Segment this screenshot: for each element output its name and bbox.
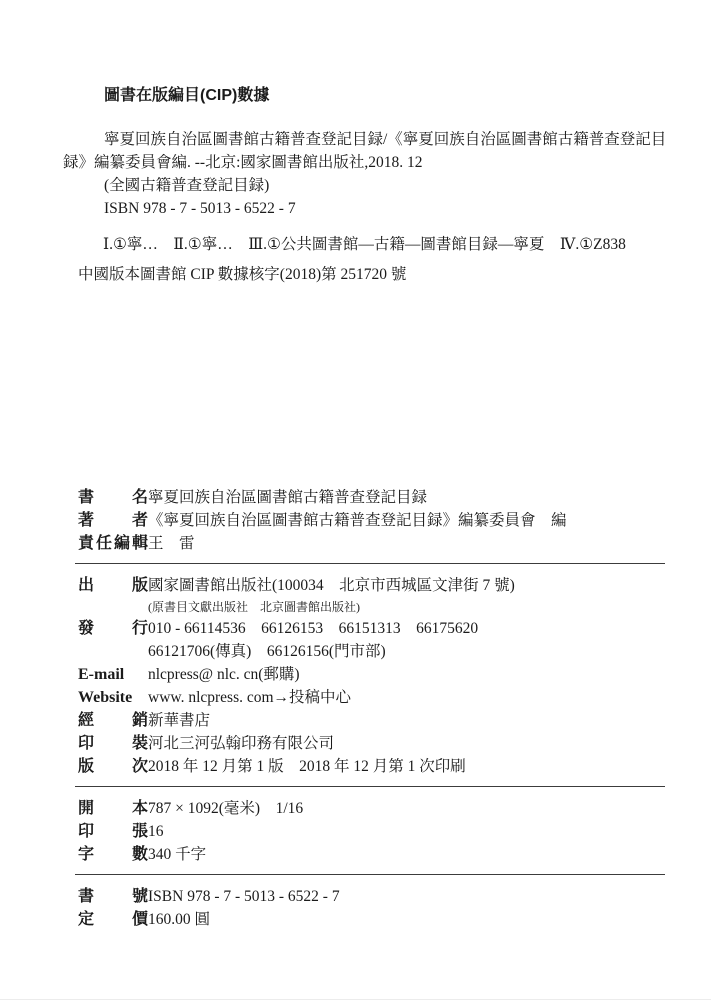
field-value-book-title: 寧夏回族自治區圖書館古籍普查登記目録	[148, 486, 665, 509]
colophon-row-edition: 版次 2018 年 12 月第 1 版 2018 年 12 月第 1 次印刷	[75, 755, 665, 778]
field-label-sheets: 印張	[78, 820, 148, 843]
field-value-price: 160.00 圓	[148, 908, 665, 931]
cip-heading: 圖書在版編目(CIP)數據	[104, 84, 667, 107]
cip-isbn-line: ISBN 978 - 7 - 5013 - 6522 - 7	[104, 197, 667, 220]
cip-series-note: (全國古籍普查登記目録)	[104, 174, 667, 197]
field-value-edition: 2018 年 12 月第 1 版 2018 年 12 月第 1 次印刷	[148, 755, 665, 778]
field-label-website: Website	[78, 686, 148, 709]
cip-description-line-1: 寧夏回族自治區圖書館古籍普查登記目録/《寧夏回族自治區圖書館古籍普查登記目	[104, 128, 667, 151]
field-value-format: 787 × 1092(毫米) 1/16	[148, 797, 665, 820]
colophon-row-website: Website www. nlcpress. com→投稿中心	[75, 686, 665, 709]
colophon-row-book-number: 書號 ISBN 978 - 7 - 5013 - 6522 - 7	[75, 885, 665, 908]
colophon-row-book-title: 書名 寧夏回族自治區圖書館古籍普查登記目録	[75, 486, 665, 509]
field-value-editor: 王 雷	[148, 532, 665, 555]
divider-rule-2	[75, 786, 665, 787]
field-label-retailer: 經銷	[78, 709, 148, 732]
field-label-publisher: 出版	[78, 574, 148, 597]
field-label-editor: 責任編輯	[78, 532, 148, 555]
cip-description-line-2: 録》編纂委員會編. --北京:國家圖書館出版社,2018. 12	[63, 151, 667, 174]
field-label-word-count: 字數	[78, 843, 148, 866]
field-label-price: 定價	[78, 908, 148, 931]
cip-classification-line: Ⅰ.①寧… Ⅱ.①寧… Ⅲ.①公共圖書館—古籍—圖書館目録—寧夏 Ⅳ.①Z838	[103, 233, 667, 256]
cip-record-number-line: 中國版本圖書館 CIP 數據核字(2018)第 251720 號	[78, 263, 667, 286]
field-value-publisher: 國家圖書館出版社(100034 北京市西城區文津街 7 號)	[148, 574, 665, 597]
cip-block: 圖書在版編目(CIP)數據 寧夏回族自治區圖書館古籍普查登記目録/《寧夏回族自治…	[63, 0, 667, 286]
field-value-distribution-phones-1: 010 - 66114536 66126153 66151313 6617562…	[148, 617, 665, 640]
colophon-row-author: 著者 《寧夏回族自治區圖書館古籍普查登記目録》編纂委員會 編	[75, 509, 665, 532]
colophon-row-editor: 責任編輯 王 雷	[75, 532, 665, 555]
field-value-website: www. nlcpress. com→投稿中心	[148, 686, 665, 709]
field-label-edition: 版次	[78, 755, 148, 778]
field-value-author: 《寧夏回族自治區圖書館古籍普查登記目録》編纂委員會 編	[148, 509, 665, 532]
field-label-distribution: 發行	[78, 617, 148, 640]
field-label-printer: 印裝	[78, 732, 148, 755]
field-value-word-count: 340 千字	[148, 843, 665, 866]
field-label-author: 著者	[78, 509, 148, 532]
colophon-row-price: 定價 160.00 圓	[75, 908, 665, 931]
colophon-row-format: 開本 787 × 1092(毫米) 1/16	[75, 797, 665, 820]
field-label-book-number: 書號	[78, 885, 148, 908]
field-value-retailer: 新華書店	[148, 709, 665, 732]
field-value-sheets: 16	[148, 820, 665, 843]
field-label-format: 開本	[78, 797, 148, 820]
divider-rule-3	[75, 874, 665, 875]
colophon-table: 書名 寧夏回族自治區圖書館古籍普查登記目録 著者 《寧夏回族自治區圖書館古籍普查…	[75, 486, 665, 931]
field-note-publisher-former-names: (原書目文獻出版社 北京圖書館出版社)	[148, 597, 665, 617]
field-label-email: E-mail	[78, 663, 148, 686]
colophon-row-email: E-mail nlcpress@ nlc. cn(郵購)	[75, 663, 665, 686]
colophon-row-distribution: 發行 010 - 66114536 66126153 66151313 6617…	[75, 617, 665, 663]
field-value-book-number: ISBN 978 - 7 - 5013 - 6522 - 7	[148, 885, 665, 908]
field-value-printer: 河北三河弘翰印務有限公司	[148, 732, 665, 755]
field-value-email: nlcpress@ nlc. cn(郵購)	[148, 663, 665, 686]
field-value-distribution-phones-2: 66121706(傳真) 66126156(門市部)	[148, 640, 665, 663]
copyright-page: 圖書在版編目(CIP)數據 寧夏回族自治區圖書館古籍普查登記目録/《寧夏回族自治…	[0, 0, 711, 1000]
colophon-row-publisher: 出版 國家圖書館出版社(100034 北京市西城區文津街 7 號) (原書目文獻…	[75, 574, 665, 617]
colophon-row-word-count: 字數 340 千字	[75, 843, 665, 866]
colophon-row-retailer: 經銷 新華書店	[75, 709, 665, 732]
field-label-book-title: 書名	[78, 486, 148, 509]
colophon-row-sheets: 印張 16	[75, 820, 665, 843]
divider-rule-1	[75, 563, 665, 564]
colophon-row-printer: 印裝 河北三河弘翰印務有限公司	[75, 732, 665, 755]
